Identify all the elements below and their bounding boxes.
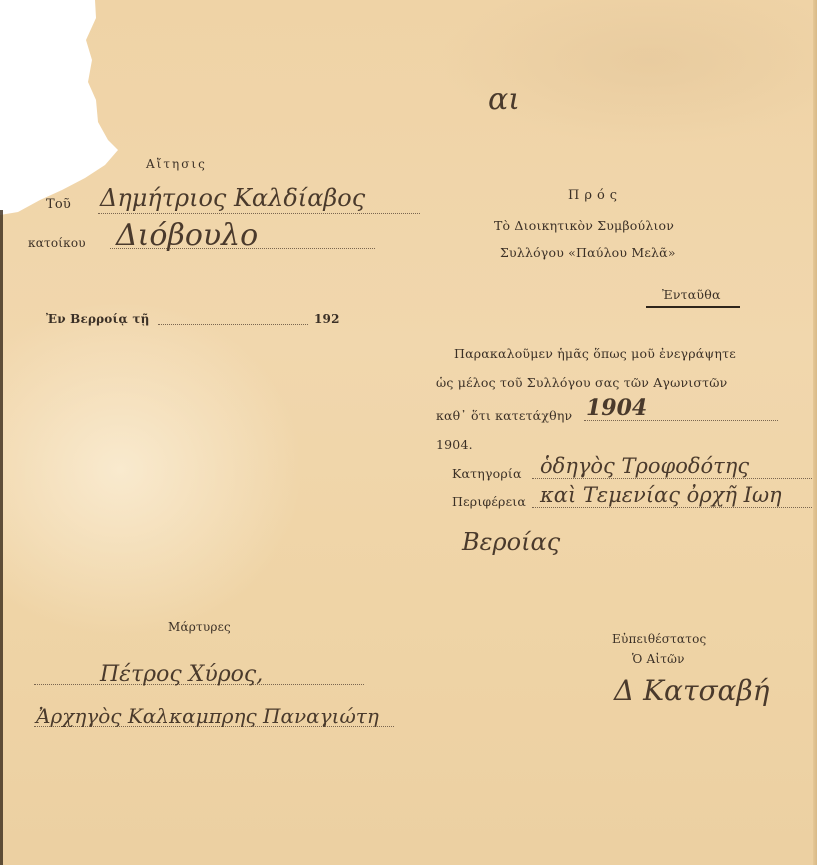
paper-left-edge <box>0 210 3 865</box>
addressee-line-1: Τὸ Διοικητικὸν Συμβούλιον <box>494 218 674 233</box>
enlist-year-handwritten: 1904 <box>586 395 647 421</box>
place-date-label: Ἐν Βερροίᾳ τῇ <box>46 312 150 326</box>
closing-label: Εὐπειθέστατος <box>612 632 706 646</box>
top-annotation: αι <box>488 82 520 117</box>
here-underline <box>646 306 740 308</box>
category-line <box>532 478 812 479</box>
here-label: Ἐνταῦθα <box>662 287 721 302</box>
paper-right-edge <box>813 0 817 865</box>
region-line <box>532 507 812 508</box>
witnesses-label: Μάρτυρες <box>168 620 231 634</box>
year-prefix: 192 <box>314 312 340 326</box>
applicant-name: Δημήτριος Καλδίαβος <box>100 184 365 212</box>
to-label: Πρός <box>568 188 622 203</box>
application-title: Αἴτησις <box>146 157 207 171</box>
of-label: Τοῦ <box>46 197 71 212</box>
body-line-4: 1904. <box>436 437 473 452</box>
applicant-residence: Διόβουλο <box>116 218 258 253</box>
region-value: καὶ Τεμενίας ὀρχῆ Ιωη <box>540 483 782 507</box>
body-line-1: Παρακαλοῦμεν ἡμᾶς ὅπως μοῦ ἐνεγράψητε <box>454 346 736 361</box>
witness-1-name: Πέτρος Χύρος, <box>100 662 263 687</box>
region-continuation: Βεροίας <box>462 528 560 556</box>
applicant-role-label: Ὁ Αἰτῶν <box>632 652 685 666</box>
region-label: Περιφέρεια <box>452 494 526 509</box>
applicant-signature: Δ Κατσαβή <box>614 674 769 707</box>
addressee-line-2: Συλλόγου «Παύλου Μελᾶ» <box>500 245 676 260</box>
category-label: Κατηγορία <box>452 466 522 481</box>
date-line <box>158 324 308 325</box>
category-value: ὁδηγὸς Τροφοδότης <box>540 454 749 478</box>
resident-label: κατοίκου <box>28 236 86 250</box>
body-line-3-prefix: καθ᾽ ὅτι κατετάχθην <box>436 408 572 423</box>
witness-2-name: Ἀρχηγὸς Καλκαμπρης Παναγιώτη <box>36 704 379 728</box>
aged-paper-sheet <box>0 0 817 865</box>
body-line-2: ὡς μέλος τοῦ Συλλόγου σας τῶν Αγωνιστῶν <box>436 375 727 390</box>
name-line <box>98 213 420 214</box>
